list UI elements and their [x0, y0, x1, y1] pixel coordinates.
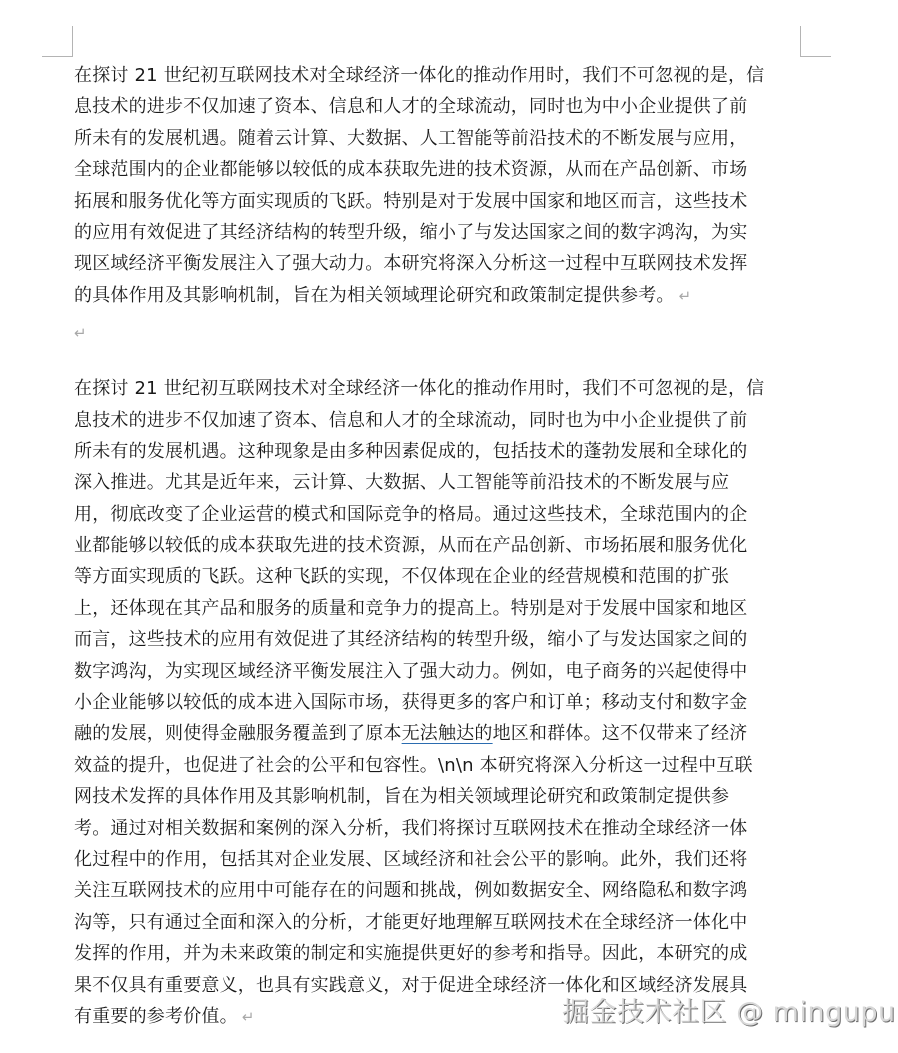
text-line: 全球范围内的企业都能够以较低的成本获取先进的技术资源，从而在产品创新、市场 [74, 154, 804, 185]
text-line: 用，彻底改变了企业运营的模式和国际竞争的格局。通过这些技术，全球范围内的企 [74, 499, 804, 530]
text-line: 上，还体现在其产品和服务的质量和竞争力的提高上。特别是对于发展中国家和地区 [74, 593, 804, 624]
text-line: 发挥的作用，并为未来政策的制定和实施提供更好的参考和指导。因此，本研究的成 [74, 938, 804, 969]
document-page: 在探讨 21 世纪初互联网技术对全球经济一体化的推动作用时，我们不可忽视的是，信… [0, 0, 898, 1053]
text-line: 效益的提升，也促进了社会的公平和包容性。\n\n 本研究将深入分析这一过程中互联 [74, 750, 804, 781]
paragraph-mark-icon: ↵ [242, 1008, 255, 1026]
text-line: 小企业能够以较低的成本进入国际市场，获得更多的客户和订单；移动支付和数字金 [74, 687, 804, 718]
text-line: 所未有的发展机遇。这种现象是由多种因素促成的，包括技术的蓬勃发展和全球化的 [74, 436, 804, 467]
paragraph-mark-icon: ↵ [679, 287, 692, 305]
text-segment: 融的发展，则使得金融服务覆盖到了原本 [74, 723, 402, 744]
underlined-text[interactable]: 无法触达的 [402, 723, 493, 744]
text-line: 等方面实现质的飞跃。这种飞跃的实现，不仅体现在企业的经营规模和范围的扩张 [74, 561, 804, 592]
empty-paragraph[interactable]: ↵ [74, 311, 804, 355]
text-line: 深入推进。尤其是近年来，云计算、大数据、人工智能等前沿技术的不断发展与应 [74, 467, 804, 498]
text-line: 融的发展，则使得金融服务覆盖到了原本无法触达的地区和群体。这不仅带来了经济 [74, 718, 804, 749]
text-line: 化过程中的作用，包括其对企业发展、区域经济和社会公平的影响。此外，我们还将 [74, 844, 804, 875]
text-line: 在探讨 21 世纪初互联网技术对全球经济一体化的推动作用时，我们不可忽视的是，信 [74, 60, 804, 91]
text-line: 考。通过对相关数据和案例的深入分析，我们将探讨互联网技术在推动全球经济一体 [74, 813, 804, 844]
text-line: 网技术发挥的具体作用及其影响机制，旨在为相关领域理论研究和政策制定提供参 [74, 781, 804, 812]
text-line: 的应用有效促进了其经济结构的转型升级，缩小了与发达国家之间的数字鸿沟，为实 [74, 217, 804, 248]
text-line: 现区域经济平衡发展注入了强大动力。本研究将深入分析这一过程中互联网技术发挥 [74, 248, 804, 279]
text-line: 所未有的发展机遇。随着云计算、大数据、人工智能等前沿技术的不断发展与应用， [74, 123, 804, 154]
text-line: 关注互联网技术的应用中可能存在的问题和挑战，例如数据安全、网络隐私和数字鸿 [74, 875, 804, 906]
text-segment: 地区和群体。这不仅带来了经济 [493, 723, 748, 744]
text-line: 数字鸿沟，为实现区域经济平衡发展注入了强大动力。例如，电子商务的兴起使得中 [74, 656, 804, 687]
text-line-content: 的具体作用及其影响机制，旨在为相关领域理论研究和政策制定提供参考。 [74, 285, 675, 306]
paragraph-1[interactable]: 在探讨 21 世纪初互联网技术对全球经济一体化的推动作用时，我们不可忽视的是，信… [74, 60, 804, 311]
top-left-crop-mark [42, 26, 73, 57]
watermark: 掘金技术社区 @ mingupup [562, 990, 898, 1029]
text-line: 的具体作用及其影响机制，旨在为相关领域理论研究和政策制定提供参考。↵ [74, 280, 804, 311]
text-line: 业都能够以较低的成本获取先进的技术资源，从而在产品创新、市场拓展和服务优化 [74, 530, 804, 561]
paragraph-spacing [74, 355, 804, 373]
text-line: 而言，这些技术的应用有效促进了其经济结构的转型升级，缩小了与发达国家之间的 [74, 624, 804, 655]
text-line: 拓展和服务优化等方面实现质的飞跃。特别是对于发展中国家和地区而言，这些技术 [74, 186, 804, 217]
text-line: 在探讨 21 世纪初互联网技术对全球经济一体化的推动作用时，我们不可忽视的是，信 [74, 373, 804, 404]
text-line: 息技术的进步不仅加速了资本、信息和人才的全球流动，同时也为中小企业提供了前 [74, 405, 804, 436]
top-right-crop-mark [800, 26, 831, 57]
text-line: 息技术的进步不仅加速了资本、信息和人才的全球流动，同时也为中小企业提供了前 [74, 91, 804, 122]
paragraph-2[interactable]: 在探讨 21 世纪初互联网技术对全球经济一体化的推动作用时，我们不可忽视的是，信… [74, 373, 804, 1032]
text-line: 沟等，只有通过全面和深入的分析，才能更好地理解互联网技术在全球经济一体化中 [74, 907, 804, 938]
paragraph-mark-icon: ↵ [74, 324, 87, 342]
text-line-content: 有重要的参考价值。 [74, 1006, 238, 1027]
document-body[interactable]: 在探讨 21 世纪初互联网技术对全球经济一体化的推动作用时，我们不可忽视的是，信… [74, 60, 804, 1032]
